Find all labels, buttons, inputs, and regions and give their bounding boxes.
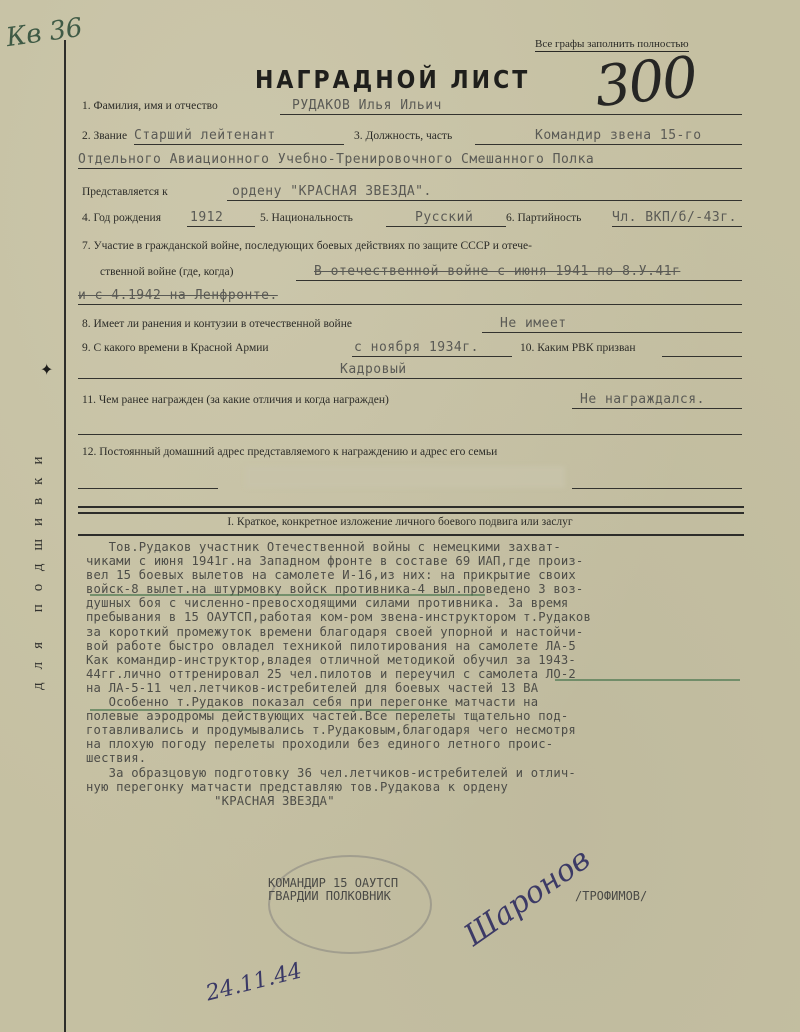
field-row-address: 12. Постоянный домашний адрес представля… [82,438,742,462]
field-label: 7. Участие в гражданской войне, последую… [82,240,532,252]
award-sheet-page: Кв 36 ✦ для подшивки Все графы заполнить… [0,0,800,1032]
field-label: ственной войне (где, когда) [100,266,233,278]
green-underline-mark [555,679,740,681]
field-row-wounds: 8. Имеет ли ранения и контузии в отечест… [82,310,742,334]
field-label: 9. С какого времени в Красной Армии [82,342,269,354]
field-row-presented: Представляется к ордену "КРАСНАЯ ЗВЕЗДА"… [82,178,742,202]
merit-description: Тов.Рудаков участник Отечественной войны… [86,540,800,808]
merit-line: готавливались и продумывались т.Рудаковы… [86,723,800,737]
merit-line: "КРАСНАЯ ЗВЕЗДА" [86,794,800,808]
field-row-birth-nationality-party: 4. Год рождения 1912 5. Национальность Р… [82,204,742,228]
field-label: Представляется к [82,186,168,198]
field-label: 8. Имеет ли ранения и контузии в отечест… [82,318,352,330]
merit-line: вел 15 боевых вылетов на самолете И-16,и… [86,568,800,582]
field-label: 2. Звание [82,130,127,142]
field-value-rank: Старший лейтенант [134,128,276,143]
merit-line: на ЛА-5-11 чел.летчиков-истребителей для… [86,681,800,695]
redacted-address-area [245,466,565,488]
field-row-war-participation: 7. Участие в гражданской войне, последую… [82,232,742,256]
signatory-title-1: КОМАНДИР 15 ОАУТСП [268,877,398,889]
section-title: I. Краткое, конкретное изложение личного… [0,516,800,528]
field-label: 4. Год рождения [82,212,161,224]
binding-margin-rule [64,40,66,1032]
field-row-rvk-cont: Кадровый [82,356,742,380]
field-row-previous-awards-cont [82,412,742,436]
merit-line: пребывания в 15 ОАУТСП,работая ком-ром з… [86,610,800,624]
field-value-previous-awards: Не награждался. [580,392,705,407]
field-label: 10. Каким РВК призван [520,342,636,354]
signatory-title-2: ГВАРДИИ ПОЛКОВНИК [268,890,391,902]
field-value-position: Командир звена 15-го [535,128,702,143]
merit-line: за короткий промежуток времени благодаря… [86,625,800,639]
field-value-wounds: Не имеет [500,316,567,331]
merit-line: на плохую погоду перелеты проходили без … [86,737,800,751]
field-value-name: РУДАКОВ Илья Ильич [292,98,442,113]
field-value-army-since: с ноября 1934г. [354,340,479,355]
field-row-rank-position: 2. Звание Старший лейтенант 3. Должность… [82,122,742,146]
handwritten-date: 24.11.44 [203,959,304,1007]
green-underline-mark [90,594,485,596]
field-row-war-participation-cont2: и с 4.1942 на Ленфронте. [82,282,742,306]
field-value-unit: Отдельного Авиационного Учебно-Тренирово… [78,152,594,167]
margin-star-mark: ✦ [40,360,53,380]
document-title: НАГРАДНОЙ ЛИСТ [255,66,530,95]
merit-line: чиками с июня 1941г.на Западном фронте в… [86,554,800,568]
green-underline-mark [90,709,450,711]
merit-line: полевые аэродромы действующих частей.Все… [86,709,800,723]
merit-line: Как командир-инструктор,владея отличной … [86,653,800,667]
field-value-war-participation: В отечественной войне с июня 1941 по 8.У… [314,264,680,279]
merit-line: шествия. [86,751,800,765]
field-value-award: ордену "КРАСНАЯ ЗВЕЗДА". [232,184,432,199]
field-value-rvk: Кадровый [340,362,407,377]
field-label: 3. Должность, часть [354,130,452,142]
field-label: 6. Партийность [506,212,581,224]
field-value-nationality: Русский [415,210,473,225]
binding-margin-label: для подшивки [30,444,47,690]
merit-line: Тов.Рудаков участник Отечественной войны… [86,540,800,554]
field-row-previous-awards: 11. Чем ранее награжден (за какие отличи… [82,386,742,410]
merit-line: ную перегонку матчасти представляю тов.Р… [86,780,800,794]
field-row-army-since: 9. С какого времени в Красной Армии с но… [82,334,742,358]
merit-line: Особенно т.Рудаков показал себя при пере… [86,695,800,709]
merit-line: За образцовую подготовку 36 чел.летчиков… [86,766,800,780]
field-label: 12. Постоянный домашний адрес представля… [82,446,497,458]
merit-line: вой работе быстро овладел техникой пилот… [86,639,800,653]
official-seal-stamp [268,855,432,954]
field-value-war-participation-cont: и с 4.1942 на Ленфронте. [78,288,278,303]
field-row-war-participation-cont: ственной войне (где, когда) В отечествен… [82,258,742,282]
field-value-birth-year: 1912 [190,210,223,225]
field-label: 1. Фамилия, имя и отчество [82,100,218,112]
field-label: 5. Национальность [260,212,353,224]
merit-line: душных боя с численно-превосходящими сил… [86,596,800,610]
field-row-position-cont: Отдельного Авиационного Учебно-Тренирово… [82,146,742,170]
signatory-name: /ТРОФИМОВ/ [575,890,647,902]
field-row-name: 1. Фамилия, имя и отчество РУДАКОВ Илья … [82,92,742,116]
field-value-party: Чл. ВКП/б/-43г. [612,210,737,225]
corner-handwritten-note: Кв 36 [4,13,84,53]
field-label: 11. Чем ранее награжден (за какие отличи… [82,394,389,406]
